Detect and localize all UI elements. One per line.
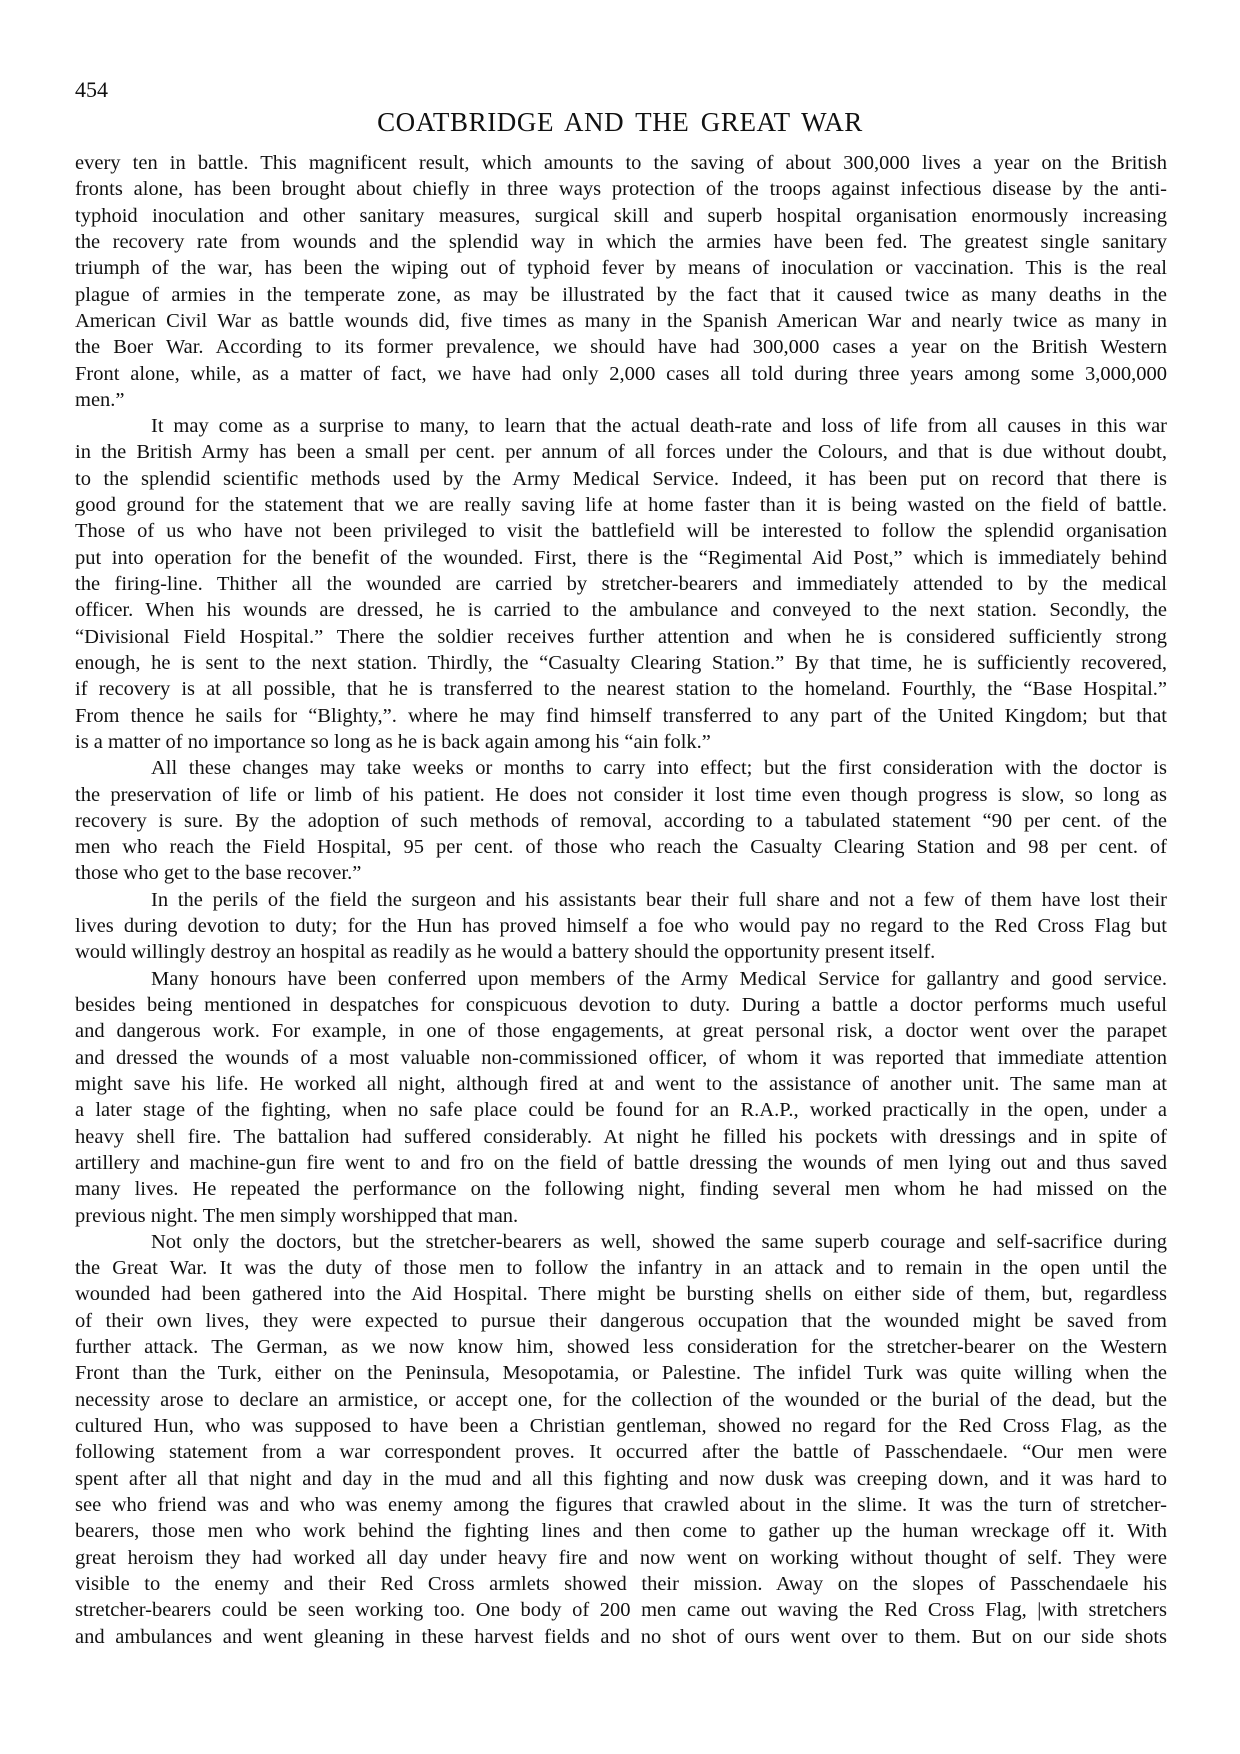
text-line-content: Front than the Turk, either on the Penin… xyxy=(75,1360,1167,1386)
text-line-content: In the perils of the field the surgeon a… xyxy=(151,887,1167,913)
text-line-content: recovery is sure. By the adoption of suc… xyxy=(75,808,1167,834)
text-line-content: a later stage of the fighting, when no s… xyxy=(75,1097,1167,1123)
text-line: those who get to the base recover.” xyxy=(75,860,1167,886)
text-line-content: spent after all that night and day in th… xyxy=(75,1466,1167,1492)
text-line: if recovery is at all possible, that he … xyxy=(75,676,1167,702)
text-line-content: might save his life. He worked all night… xyxy=(75,1071,1167,1097)
text-line-content: It may come as a surprise to many, to le… xyxy=(151,413,1167,439)
text-line: bearers, those men who work behind the f… xyxy=(75,1518,1167,1544)
text-line-content: bearers, those men who work behind the f… xyxy=(75,1518,1167,1544)
text-line: fronts alone, has been brought about chi… xyxy=(75,176,1167,202)
text-line: artillery and machine-gun fire went to a… xyxy=(75,1150,1167,1176)
text-line: wounded had been gathered into the Aid H… xyxy=(75,1281,1167,1307)
text-line: further attack. The German, as we now kn… xyxy=(75,1334,1167,1360)
text-line-content: and ambulances and went gleaning in thes… xyxy=(75,1624,1167,1650)
paragraph-first-line: Not only the doctors, but the stretcher-… xyxy=(75,1229,1167,1255)
text-line: stretcher-bearers could be seen working … xyxy=(75,1597,1167,1623)
text-line: heavy shell fire. The battalion had suff… xyxy=(75,1124,1167,1150)
text-line-content: the Great War. It was the duty of those … xyxy=(75,1255,1167,1281)
text-line-content: of their own lives, they were expected t… xyxy=(75,1308,1167,1334)
text-line-content: besides being mentioned in despatches fo… xyxy=(75,992,1167,1018)
text-line-content: men who reach the Field Hospital, 95 per… xyxy=(75,834,1167,860)
text-line: and ambulances and went gleaning in thes… xyxy=(75,1624,1167,1650)
text-line-content: previous night. The men simply worshippe… xyxy=(75,1203,1167,1229)
text-line-content: lives during devotion to duty; for the H… xyxy=(75,913,1167,939)
text-line-content: good ground for the statement that we ar… xyxy=(75,492,1167,518)
text-line-content: the firing-line. Thither all the wounded… xyxy=(75,571,1167,597)
text-line-content: American Civil War as battle wounds did,… xyxy=(75,308,1167,334)
text-line: Front alone, while, as a matter of fact,… xyxy=(75,361,1167,387)
text-line: of their own lives, they were expected t… xyxy=(75,1308,1167,1334)
text-line-content: wounded had been gathered into the Aid H… xyxy=(75,1281,1167,1307)
text-line-content: in the British Army has been a small per… xyxy=(75,439,1167,465)
text-line-content: Not only the doctors, but the stretcher-… xyxy=(151,1229,1167,1255)
text-line: lives during devotion to duty; for the H… xyxy=(75,913,1167,939)
text-line: would willingly destroy an hospital as r… xyxy=(75,939,1167,965)
text-line-content: and dressed the wounds of a most valuabl… xyxy=(75,1045,1167,1071)
text-line-content: cultured Hun, who was supposed to have b… xyxy=(75,1413,1167,1439)
text-line: men.” xyxy=(75,387,1167,413)
text-line-content: the Boer War. According to its former pr… xyxy=(75,334,1167,360)
text-line-content: the recovery rate from wounds and the sp… xyxy=(75,229,1167,255)
text-line-content: see who friend was and who was enemy amo… xyxy=(75,1492,1167,1518)
text-line-content: “Divisional Field Hospital.” There the s… xyxy=(75,624,1167,650)
text-line: the Great War. It was the duty of those … xyxy=(75,1255,1167,1281)
text-line: spent after all that night and day in th… xyxy=(75,1466,1167,1492)
text-line-content: Those of us who have not been privileged… xyxy=(75,518,1167,544)
text-line: necessity arose to declare an armistice,… xyxy=(75,1387,1167,1413)
text-line-content: following statement from a war correspon… xyxy=(75,1439,1167,1465)
text-line-content: officer. When his wounds are dressed, he… xyxy=(75,597,1167,623)
text-line: Front than the Turk, either on the Penin… xyxy=(75,1360,1167,1386)
text-line: good ground for the statement that we ar… xyxy=(75,492,1167,518)
paragraph-first-line: In the perils of the field the surgeon a… xyxy=(75,887,1167,913)
paragraph-first-line: It may come as a surprise to many, to le… xyxy=(75,413,1167,439)
text-line-content: plague of armies in the temperate zone, … xyxy=(75,282,1167,308)
text-line: American Civil War as battle wounds did,… xyxy=(75,308,1167,334)
text-line-content: great heroism they had worked all day un… xyxy=(75,1545,1167,1571)
text-line: the firing-line. Thither all the wounded… xyxy=(75,571,1167,597)
text-line: men who reach the Field Hospital, 95 per… xyxy=(75,834,1167,860)
text-line: besides being mentioned in despatches fo… xyxy=(75,992,1167,1018)
text-line-content: would willingly destroy an hospital as r… xyxy=(75,939,1167,965)
text-line: triumph of the war, has been the wiping … xyxy=(75,255,1167,281)
text-line: put into operation for the benefit of th… xyxy=(75,545,1167,571)
running-head: COATBRIDGE AND THE GREAT WAR xyxy=(0,106,1240,138)
text-line-content: All these changes may take weeks or mont… xyxy=(151,755,1167,781)
text-line: and dressed the wounds of a most valuabl… xyxy=(75,1045,1167,1071)
text-line-content: further attack. The German, as we now kn… xyxy=(75,1334,1167,1360)
text-line: is a matter of no importance so long as … xyxy=(75,729,1167,755)
page-number: 454 xyxy=(75,78,108,102)
text-line-content: visible to the enemy and their Red Cross… xyxy=(75,1571,1167,1597)
text-line-content: put into operation for the benefit of th… xyxy=(75,545,1167,571)
text-line: Those of us who have not been privileged… xyxy=(75,518,1167,544)
text-line-content: men.” xyxy=(75,387,1167,413)
text-line: in the British Army has been a small per… xyxy=(75,439,1167,465)
text-line: “Divisional Field Hospital.” There the s… xyxy=(75,624,1167,650)
text-line: recovery is sure. By the adoption of suc… xyxy=(75,808,1167,834)
text-line: every ten in battle. This magnificent re… xyxy=(75,150,1167,176)
text-line-content: many lives. He repeated the performance … xyxy=(75,1176,1167,1202)
text-line-content: and dangerous work. For example, in one … xyxy=(75,1018,1167,1044)
text-line: cultured Hun, who was supposed to have b… xyxy=(75,1413,1167,1439)
text-line: From thence he sails for “Blighty,”. whe… xyxy=(75,703,1167,729)
text-line: officer. When his wounds are dressed, he… xyxy=(75,597,1167,623)
text-line-content: those who get to the base recover.” xyxy=(75,860,1167,886)
text-line: the preservation of life or limb of his … xyxy=(75,782,1167,808)
text-line: see who friend was and who was enemy amo… xyxy=(75,1492,1167,1518)
text-line: plague of armies in the temperate zone, … xyxy=(75,282,1167,308)
text-line: the Boer War. According to its former pr… xyxy=(75,334,1167,360)
text-line-content: the preservation of life or limb of his … xyxy=(75,782,1167,808)
text-line: a later stage of the fighting, when no s… xyxy=(75,1097,1167,1123)
text-line: previous night. The men simply worshippe… xyxy=(75,1203,1167,1229)
text-line-content: to the splendid scientific methods used … xyxy=(75,466,1167,492)
body-text: every ten in battle. This magnificent re… xyxy=(75,150,1167,1650)
text-line-content: necessity arose to declare an armistice,… xyxy=(75,1387,1167,1413)
text-line: great heroism they had worked all day un… xyxy=(75,1545,1167,1571)
text-line: to the splendid scientific methods used … xyxy=(75,466,1167,492)
text-line-content: fronts alone, has been brought about chi… xyxy=(75,176,1167,202)
text-line-content: Front alone, while, as a matter of fact,… xyxy=(75,361,1167,387)
text-line: enough, he is sent to the next station. … xyxy=(75,650,1167,676)
text-line: visible to the enemy and their Red Cross… xyxy=(75,1571,1167,1597)
text-line-content: triumph of the war, has been the wiping … xyxy=(75,255,1167,281)
text-line-content: is a matter of no importance so long as … xyxy=(75,729,1167,755)
text-line-content: stretcher-bearers could be seen working … xyxy=(75,1597,1167,1623)
paragraph-first-line: All these changes may take weeks or mont… xyxy=(75,755,1167,781)
paragraph-first-line: Many honours have been conferred upon me… xyxy=(75,966,1167,992)
text-line: might save his life. He worked all night… xyxy=(75,1071,1167,1097)
text-line-content: From thence he sails for “Blighty,”. whe… xyxy=(75,703,1167,729)
text-line: and dangerous work. For example, in one … xyxy=(75,1018,1167,1044)
text-line: following statement from a war correspon… xyxy=(75,1439,1167,1465)
text-line: typhoid inoculation and other sanitary m… xyxy=(75,203,1167,229)
text-line-content: if recovery is at all possible, that he … xyxy=(75,676,1167,702)
text-line-content: artillery and machine-gun fire went to a… xyxy=(75,1150,1167,1176)
text-line: many lives. He repeated the performance … xyxy=(75,1176,1167,1202)
text-line-content: heavy shell fire. The battalion had suff… xyxy=(75,1124,1167,1150)
text-line-content: Many honours have been conferred upon me… xyxy=(151,966,1167,992)
text-line-content: typhoid inoculation and other sanitary m… xyxy=(75,203,1167,229)
text-line: the recovery rate from wounds and the sp… xyxy=(75,229,1167,255)
text-line-content: every ten in battle. This magnificent re… xyxy=(75,150,1167,176)
text-line-content: enough, he is sent to the next station. … xyxy=(75,650,1167,676)
